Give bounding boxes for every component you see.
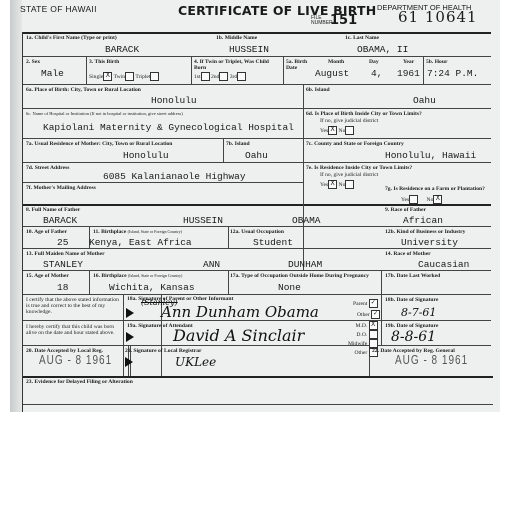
other-option: Other ✓	[357, 310, 380, 319]
birth-year: 1961	[397, 68, 420, 79]
no-label: No	[427, 197, 434, 203]
birth-hour: 7:24 P.M.	[427, 68, 478, 79]
divider	[23, 376, 493, 378]
informant-signature-date: 8-7-61	[401, 306, 436, 319]
third-checkbox[interactable]	[237, 72, 246, 81]
field-label-16: 16. Birthplace (Island, State or Foreign…	[93, 273, 182, 279]
month-label: Month	[328, 59, 344, 65]
farm-options: Yes NoX	[401, 195, 442, 204]
sex-value: Male	[41, 68, 64, 79]
divider	[23, 404, 493, 405]
field-label-14: 14. Race of Mother	[385, 251, 431, 257]
yes-label: Yes	[320, 128, 328, 134]
mother-occupation: None	[278, 282, 301, 293]
field-label-7c: 7c. County and State or Foreign Country	[306, 141, 404, 147]
divider	[381, 294, 382, 345]
hospital-name: Kapiolani Maternity & Gynecological Hosp…	[43, 122, 294, 133]
field-label-9: 9. Race of Father	[385, 207, 426, 213]
field-label-6d: 6d. Is Place of Birth Inside City or Tow…	[306, 111, 422, 117]
label-text: 11. Birthplace	[93, 229, 126, 235]
divider	[23, 270, 491, 271]
certificate-number: 61 10641	[398, 8, 478, 26]
divider	[23, 108, 491, 109]
md-label: M.D.	[355, 323, 367, 329]
single-checkbox[interactable]: X	[103, 72, 112, 81]
divider	[23, 84, 491, 85]
divider	[23, 204, 491, 206]
this-birth-options: SingleX Twin Triplet	[89, 72, 159, 81]
field-label-1b: 1b. Middle Name	[216, 35, 257, 41]
informant-certification-text: I certify that the above stated informat…	[26, 297, 121, 316]
divider	[23, 182, 303, 183]
field-label-5b: 5b. Hour	[426, 59, 447, 65]
field-7e-sub: If no, give judicial district	[320, 172, 378, 178]
divider	[303, 84, 304, 108]
divider	[89, 270, 90, 294]
divider	[23, 226, 491, 227]
midwife-label: Midwife	[348, 341, 367, 347]
field-label-7e: 7e. Is Residence Inside City or Town Lim…	[306, 165, 412, 171]
field-label-15: 15. Age of Mother	[26, 273, 69, 279]
third-label: 3rd	[230, 74, 237, 80]
no-label: No	[339, 182, 346, 188]
father-age: 25	[57, 237, 68, 248]
do-label: D.O.	[356, 332, 367, 338]
father-birthplace: Kenya, East Africa	[89, 237, 192, 248]
residence-inside-no-checkbox[interactable]	[345, 180, 354, 189]
farm-no-checkbox[interactable]: X	[433, 195, 442, 204]
divider	[86, 56, 87, 84]
attendant-signature: David A Sinclair	[173, 326, 304, 345]
inside-city-yes-checkbox[interactable]: X	[328, 126, 337, 135]
single-label: Single	[89, 74, 103, 80]
field-label-5a: 5a. Birth Date	[286, 59, 308, 71]
divider	[228, 226, 229, 248]
registrar-signature: UKLee	[175, 355, 216, 369]
divider	[303, 204, 304, 248]
field-label-1c: 1c. Last Name	[345, 35, 379, 41]
yes-label: Yes	[320, 182, 328, 188]
divider	[123, 294, 124, 376]
do-checkbox[interactable]	[369, 330, 378, 339]
field-label-7b: 7b. Island	[226, 141, 250, 147]
midwife-checkbox[interactable]	[369, 339, 378, 348]
father-first-name: BARACK	[43, 215, 77, 226]
triplet-label: Triplet	[135, 74, 150, 80]
divider	[23, 345, 491, 346]
field-label-21: 21. Signature of Local Registrar	[125, 348, 202, 354]
do-option: D.O.	[348, 330, 378, 339]
divider	[191, 56, 192, 84]
field-label-6c: 6c. Name of Hospital or Institution (If …	[26, 111, 183, 117]
inside-city-options: YesX No	[320, 126, 354, 135]
arrow-icon	[126, 332, 134, 342]
state-heading: STATE OF HAWAII	[20, 4, 97, 14]
arrow-icon	[125, 357, 133, 367]
first-checkbox[interactable]	[201, 72, 210, 81]
divider	[303, 108, 304, 138]
field-label-13: 13. Full Maiden Name of Mother	[26, 251, 105, 257]
birth-island: Oahu	[413, 95, 436, 106]
field-label-1a: 1a. Child's First Name (Type or print)	[26, 35, 117, 41]
label-hint: (Island, State or Foreign Country)	[128, 229, 182, 234]
divider	[228, 270, 229, 294]
divider	[23, 138, 491, 139]
parent-checkbox[interactable]: ✓	[369, 299, 378, 308]
triplet-checkbox[interactable]	[150, 72, 159, 81]
residence-island: Oahu	[245, 150, 268, 161]
birth-month: August	[315, 68, 349, 79]
field-label-11: 11. Birthplace (Island, State or Foreign…	[93, 229, 182, 235]
birth-day: 4,	[371, 68, 382, 79]
divider	[23, 32, 491, 34]
field-label-17b: 17b. Date Last Worked	[385, 273, 440, 279]
field-label-4: 4. If Twin or Triplet, Was Child Born	[194, 59, 274, 71]
twin-order-options: 1st 2nd 3rd	[194, 72, 246, 81]
father-business: University	[401, 237, 458, 248]
field-label-7d: 7d. Street Address	[26, 165, 69, 171]
twin-label: Twin	[114, 74, 125, 80]
reg-general-date-stamp: AUG - 8 1961	[395, 353, 468, 367]
field-label-18b: 18b. Date of Signature	[385, 297, 438, 303]
mother-middle-name: ANN	[203, 259, 220, 270]
divider	[223, 138, 224, 162]
arrow-icon	[126, 308, 134, 318]
second-checkbox[interactable]	[219, 72, 228, 81]
file-number: 151	[330, 13, 357, 28]
field-label-7g: 7g. Is Residence on a Farm or Plantation…	[385, 186, 485, 192]
divider	[303, 138, 304, 162]
parent-label: Parent	[353, 301, 367, 307]
mother-birthplace: Wichita, Kansas	[109, 282, 195, 293]
farm-yes-checkbox[interactable]	[409, 195, 418, 204]
residence-county-state: Honolulu, Hawaii	[385, 150, 476, 161]
day-label: Day	[369, 59, 379, 65]
local-reg-date-stamp: AUG - 8 1961	[39, 353, 112, 367]
field-label-2: 2. Sex	[26, 59, 40, 65]
field-label-17a: 17a. Type of Occupation Outside Home Dur…	[230, 273, 369, 279]
divider	[423, 56, 424, 84]
field-label-12a: 12a. Usual Occupation	[230, 229, 284, 235]
midwife-option: Midwife	[348, 339, 378, 348]
birth-city: Honolulu	[151, 95, 197, 106]
no-label: No	[339, 128, 346, 134]
md-option: M.D. X	[348, 321, 378, 330]
inside-city-no-checkbox[interactable]	[345, 126, 354, 135]
field-label-6b: 6b. Island	[306, 87, 330, 93]
residence-inside-yes-checkbox[interactable]: X	[328, 180, 337, 189]
child-last-name: OBAMA, II	[357, 44, 408, 55]
other-checkbox[interactable]: ✓	[371, 310, 380, 319]
field-label-8: 8. Full Name of Father	[26, 207, 80, 213]
attendant-signature-date: 8-8-61	[391, 329, 436, 345]
field-label-12b: 12b. Kind of Business or Industry	[385, 229, 465, 235]
field-label-10: 10. Age of Father	[26, 229, 67, 235]
residence-street: 6085 Kalanianaole Highway	[103, 171, 246, 182]
field-label-7f: 7f. Mother's Mailing Address	[26, 185, 96, 191]
other-label: Other	[355, 350, 368, 356]
mother-last-name: DUNHAM	[288, 259, 322, 270]
yes-label: Yes	[401, 197, 409, 203]
field-label-23: 23. Evidence for Delayed Filing or Alter…	[26, 379, 133, 385]
divider	[23, 162, 491, 163]
father-race: African	[403, 215, 443, 226]
residence-city: Honolulu	[123, 150, 169, 161]
field-label-7a: 7a. Usual Residence of Mother: City, Tow…	[26, 141, 172, 147]
mother-first-name: STANLEY	[43, 259, 83, 270]
divider	[303, 162, 304, 204]
divider	[23, 248, 491, 249]
md-checkbox[interactable]: X	[369, 321, 378, 330]
mother-age: 18	[57, 282, 68, 293]
father-occupation: Student	[253, 237, 293, 248]
field-6d-sub: If no, give judicial district	[320, 118, 378, 124]
residence-inside-options: YesX No	[320, 180, 354, 189]
father-middle-name: HUSSEIN	[183, 215, 223, 226]
twin-checkbox[interactable]	[125, 72, 134, 81]
label-text: 16. Birthplace	[93, 273, 127, 279]
year-label: Year	[403, 59, 414, 65]
second-label: 2nd	[211, 74, 219, 80]
certificate-form: 1a. Child's First Name (Type or print) B…	[22, 32, 491, 412]
other-label: Other	[357, 312, 370, 318]
divider	[381, 270, 382, 294]
attendant-certification-text: I hereby certify that this child was bor…	[26, 324, 121, 336]
label-hint: (Island, State or Foreign Country)	[128, 273, 182, 278]
father-last-name: OBAMA	[292, 215, 321, 226]
child-first-name: BARACK	[105, 44, 139, 55]
page-edge-shadow	[10, 0, 22, 412]
divider	[283, 56, 284, 84]
mother-race: Caucasian	[418, 259, 469, 270]
divider	[23, 294, 491, 295]
informant-signature: Ann Dunham Obama	[161, 303, 319, 321]
parent-option: Parent ✓	[353, 299, 378, 308]
field-label-3: 3. This Birth	[89, 59, 119, 65]
field-label-6a: 6a. Place of Birth: City, Town or Rural …	[26, 87, 141, 93]
child-middle-name: HUSSEIN	[229, 44, 269, 55]
divider	[23, 56, 491, 57]
